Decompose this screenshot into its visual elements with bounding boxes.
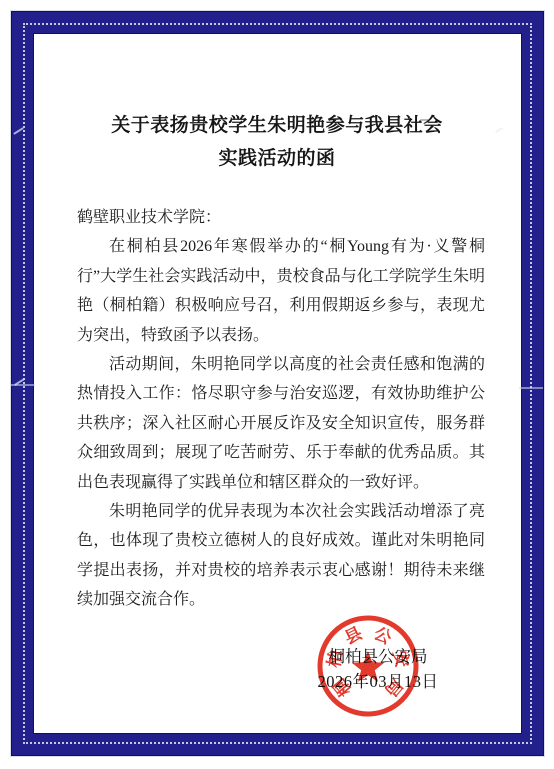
document-title: 关于表扬贵校学生朱明艳参与我县社会 实践活动的函: [40, 109, 514, 175]
salutation: 鹤壁职业技术学院：: [77, 203, 485, 232]
page-seam-mark: [13, 127, 23, 135]
star-icon: [352, 651, 384, 682]
page-seam-mark: [519, 387, 543, 389]
title-line-2: 实践活动的函: [40, 142, 514, 175]
official-seal: 桐柏县公安局: [313, 611, 423, 721]
title-line-1: 关于表扬贵校学生朱明艳参与我县社会: [40, 109, 514, 142]
paragraph: 朱明艳同学的优异表现为本次社会实践活动增添了亮色，也体现了贵校立德树人的良好成效…: [77, 497, 485, 615]
letter-body: 鹤壁职业技术学院： 在桐柏县2026年寒假举办的“桐Young有为·义警桐行”大…: [77, 203, 485, 615]
paragraph: 活动期间，朱明艳同学以高度的社会责任感和饱满的热情投入工作：恪尽职守参与治安巡逻…: [77, 350, 485, 497]
commendation-letter-page: 关于表扬贵校学生朱明艳参与我县社会 实践活动的函 鹤壁职业技术学院： 在桐柏县2…: [0, 0, 554, 769]
svg-text:县: 县: [342, 624, 366, 649]
paragraph: 在桐柏县2026年寒假举办的“桐Young有为·义警桐行”大学生社会实践活动中，…: [77, 232, 485, 350]
svg-text:柏: 柏: [323, 649, 346, 670]
svg-text:安: 安: [390, 649, 413, 670]
svg-text:公: 公: [371, 624, 395, 649]
